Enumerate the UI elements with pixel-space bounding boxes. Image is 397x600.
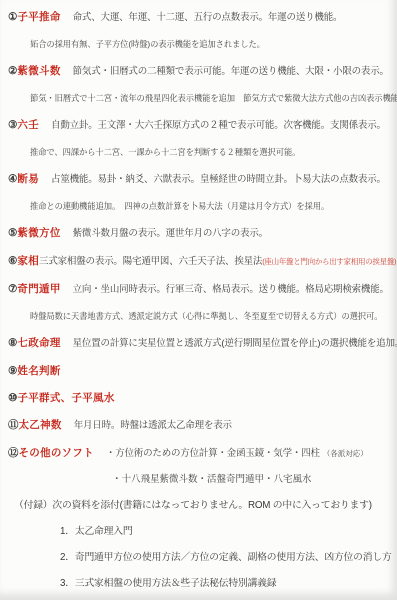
appendix-heading: （付録）次の資料を添付(書籍にはなっておりません。ROM の中に入っております) (14, 493, 391, 519)
feature-number: ④ (8, 173, 17, 185)
feature-desc: 三式家相盤の表示。陽宅遁甲図、六壬天子法、挨星法 (39, 256, 262, 267)
feature-item-6: ⑥家相三式家相盤の表示。陽宅遁甲図、六壬天子法、挨星法(座山年盤と門向から出す家… (8, 247, 391, 275)
feature-note-7: 時盤局数に天書地書方式、透派定説方式（心得に準拠し、冬至夏至で切替える方式）の選… (30, 303, 391, 329)
feature-desc: 年月日時。時盤は透派太乙命理を表示 (74, 420, 232, 431)
feature-item-3: ③六壬自動立卦。王文澤・大六壬探原方式の２種で表示可能。次客機能。支関係表示。 (8, 111, 391, 139)
feature-item-11: ⑪太乙神数年月日時。時盤は透派太乙命理を表示 (8, 411, 391, 439)
feature-desc: 命式、大運、年運、十二運、五行の点数表示。年運の送り機能。 (73, 12, 343, 23)
feature-desc: ・方位術のための方位計算・金函玉鏡・気学・四柱 (106, 448, 320, 459)
feature-title: 姓名判断 (17, 365, 60, 377)
feature-number: ① (8, 11, 17, 23)
feature-title: その他のソフト (19, 447, 94, 459)
feature-title: 紫微斗数 (17, 65, 60, 77)
appendix-item-2: 2．奇門遁甲方位の使用方法／方位の定義、副格の使用方法、凶方位の消し方 (60, 545, 391, 571)
feature-item-7: ⑦奇門遁甲立向・坐山同時表示。行軍三奇、格局表示。送り機能。格局応期検索機能。 (8, 275, 391, 303)
feature-note-3: 推命で、四課から十二宮、一課から十二宮を判断する２種類を選択可能。 (30, 139, 391, 165)
feature-item-2: ②紫微斗数節気式・旧暦式の二種類で表示可能。年運の送り機能、大限・小限の表示。 (8, 57, 391, 85)
feature-title: 奇門遁甲 (17, 283, 60, 295)
feature-note-1: 妬合の採用有無、子平方位(時盤)の表示機能を追加されました。 (30, 31, 391, 57)
feature-number: ⑧ (8, 337, 17, 349)
feature-number: ⑫ (8, 447, 19, 459)
feature-title: 子平推命 (17, 11, 60, 23)
feature-title: 六壬 (17, 119, 39, 131)
feature-item-8: ⑧七政命理星位置の計算に実星位置と透派方式(逆行期間星位置を停止)の選択機能を追… (8, 329, 391, 357)
feature-number: ⑤ (8, 227, 17, 239)
feature-title: 家相 (17, 255, 39, 267)
feature-note-4: 推命との連動機能追加。 四神の点数計算を卜易大法（月建は月令方式）を採用。 (30, 193, 391, 219)
feature-number: ⑥ (8, 255, 17, 267)
feature-item-10: ⑩子平群式、子平風水 (8, 384, 391, 411)
feature-title: 紫微方位 (17, 227, 60, 239)
feature-title: 断易 (17, 173, 39, 185)
feature-desc: 紫微斗数月盤の表示。運世年月の八字の表示。 (73, 228, 268, 239)
feature-desc-annotation: （各派対応） (323, 449, 368, 458)
feature-title: 太乙神数 (19, 419, 62, 431)
feature-item-5: ⑤紫微方位紫微斗数月盤の表示。運世年月の八字の表示。 (8, 219, 391, 247)
feature-number: ⑨ (8, 365, 17, 377)
appendix-item-3: 3．三式家相盤の使用方法＆些子法秘伝特別講義録 (60, 571, 391, 597)
feature-number: ⑩ (8, 392, 17, 404)
feature-desc-annotation: (座山年盤と門向から出す家相用の挨星盤) (262, 257, 396, 266)
feature-note-2: 節気・旧暦式で十二宮・流年の飛星四化表示機能を追加 節気方式で紫微大法方式他の吉… (30, 85, 391, 111)
appendix-item-1: 1．太乙命理入門 (60, 519, 391, 545)
feature-title: 七政命理 (17, 337, 60, 349)
feature-item-1: ①子平推命命式、大運、年運、十二運、五行の点数表示。年運の送り機能。 (8, 3, 391, 31)
feature-desc: 自動立卦。王文澤・大六壬探原方式の２種で表示可能。次客機能。支関係表示。 (51, 120, 386, 131)
document-page: ①子平推命命式、大運、年運、十二運、五行の点数表示。年運の送り機能。 妬合の採用… (0, 0, 397, 597)
feature-number: ⑪ (8, 419, 19, 431)
feature-title: 子平群式、子平風水 (17, 392, 114, 404)
feature-number: ② (8, 65, 17, 77)
feature-item-9: ⑨姓名判断 (8, 357, 391, 384)
feature-desc: 星位置の計算に実星位置と透派方式(逆行期間星位置を停止)の選択機能を追加。 (73, 338, 397, 349)
feature-item-12: ⑫その他のソフト・方位術のための方位計算・金函玉鏡・気学・四柱（各派対応） (8, 439, 391, 467)
feature-item-4: ④断易占筮機能。易卦・納爻、六獣表示。皇極経世の時間立卦。卜易大法の点数表示。 (8, 165, 391, 193)
feature-desc: 立向・坐山同時表示。行軍三奇、格局表示。送り機能。格局応期検索機能。 (73, 284, 389, 295)
feature-number: ⑦ (8, 283, 17, 295)
feature-desc: 節気式・旧暦式の二種類で表示可能。年運の送り機能、大限・小限の表示。 (73, 66, 389, 77)
feature-desc: 占筮機能。易卦・納爻、六獣表示。皇極経世の時間立卦。卜易大法の点数表示。 (51, 174, 386, 185)
feature-item-12-continuation: ・十八飛星紫微斗数・活盤奇門遁甲・八宅風水 (112, 467, 391, 493)
feature-number: ③ (8, 119, 17, 131)
